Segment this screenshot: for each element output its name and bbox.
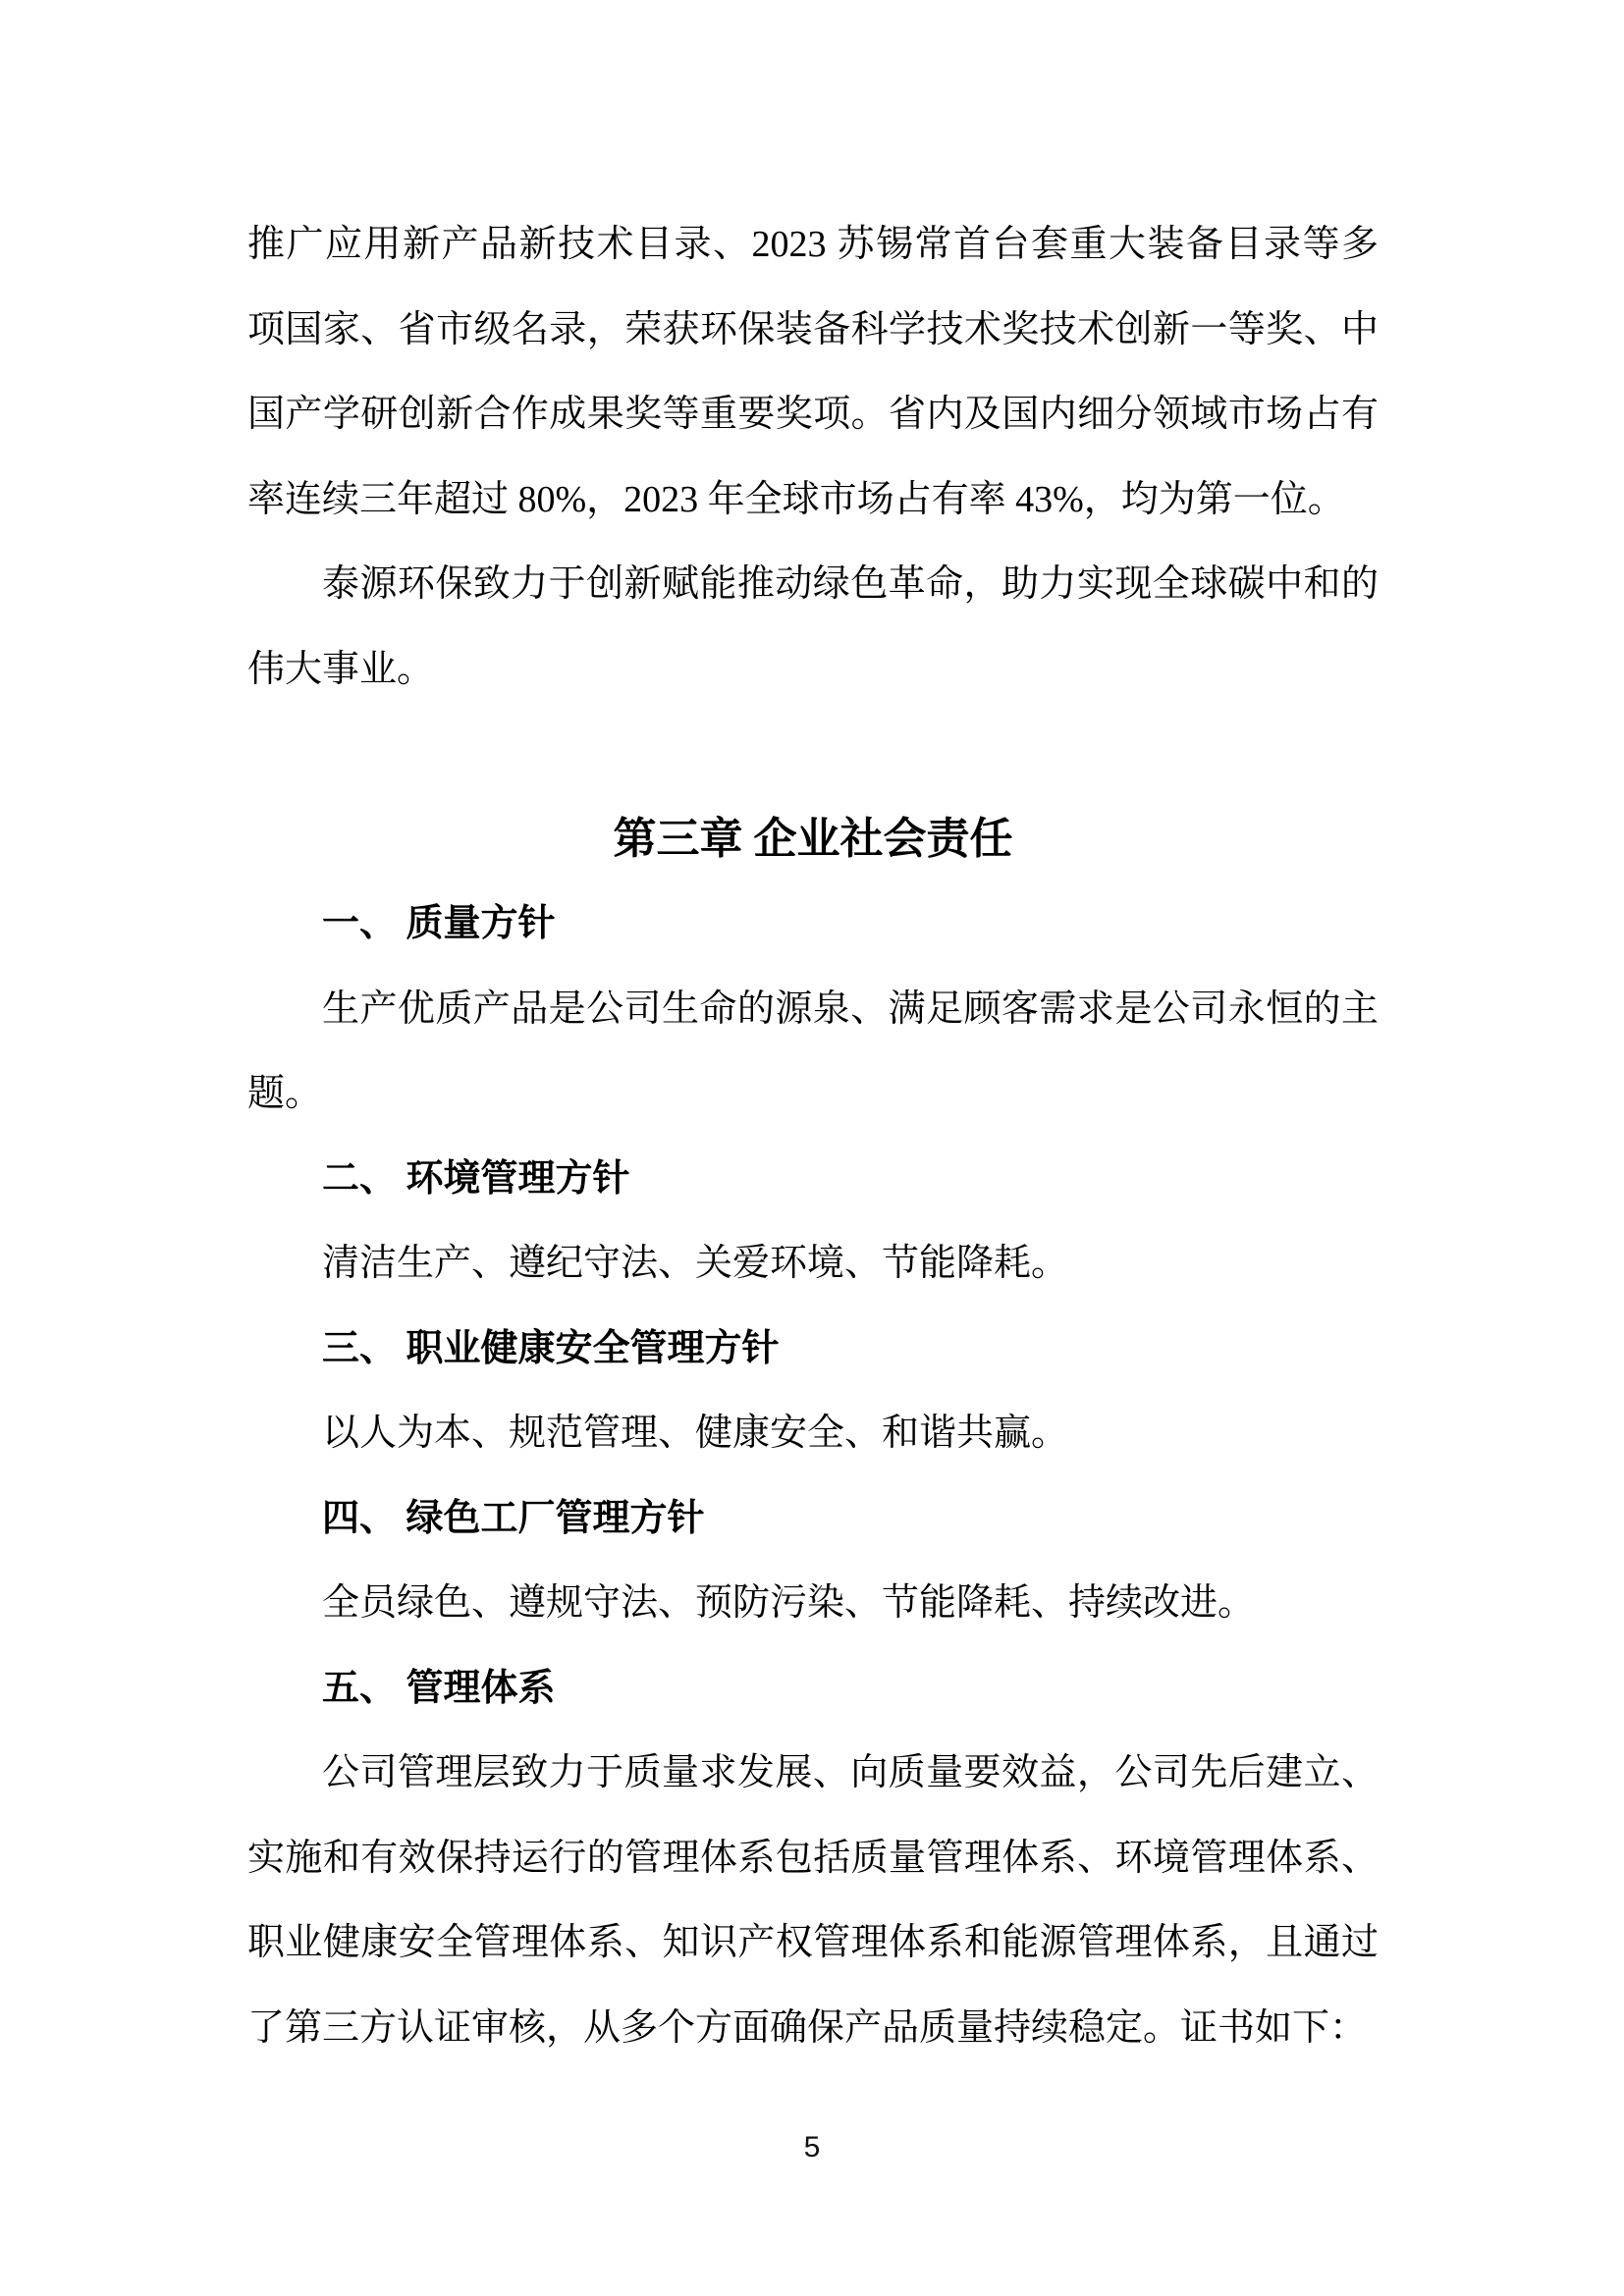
section-heading: 四、 绿色工厂管理方针	[247, 1476, 1379, 1562]
document-body: 推广应用新产品新技术目录、2023 苏锡常首台套重大装备目录等多 项国家、省市级…	[247, 0, 1379, 2070]
paragraph-line: 伟大事业。	[247, 627, 1379, 713]
paragraph-line: 实施和有效保持运行的管理体系包括质量管理体系、环境管理体系、	[247, 1816, 1379, 1901]
blank-line	[247, 712, 1379, 797]
paragraph-line: 国产学研创新合作成果奖等重要奖项。省内及国内细分领域市场占有	[247, 372, 1379, 457]
document-page: 推广应用新产品新技术目录、2023 苏锡常首台套重大装备目录等多 项国家、省市级…	[0, 0, 1624, 2296]
paragraph-line: 清洁生产、遵纪守法、关爱环境、节能降耗。	[247, 1221, 1379, 1307]
section-heading: 五、 管理体系	[247, 1646, 1379, 1732]
paragraph-line: 以人为本、规范管理、健康安全、和谐共赢。	[247, 1391, 1379, 1476]
paragraph-line: 题。	[247, 1051, 1379, 1137]
paragraph-line: 公司管理层致力于质量求发展、向质量要效益，公司先后建立、	[247, 1731, 1379, 1816]
chapter-heading: 第三章 企业社会责任	[247, 797, 1379, 882]
paragraph-line: 推广应用新产品新技术目录、2023 苏锡常首台套重大装备目录等多	[247, 202, 1379, 288]
paragraph-line: 项国家、省市级名录，荣获环保装备科学技术奖技术创新一等奖、中	[247, 288, 1379, 373]
paragraph-line: 泰源环保致力于创新赋能推动绿色革命，助力实现全球碳中和的	[247, 542, 1379, 627]
paragraph-line: 率连续三年超过 80%，2023 年全球市场占有率 43%，均为第一位。	[247, 457, 1379, 543]
page-number: 5	[804, 2131, 821, 2163]
paragraph-line: 生产优质产品是公司生命的源泉、满足顾客需求是公司永恒的主	[247, 967, 1379, 1052]
section-heading: 二、 环境管理方针	[247, 1137, 1379, 1222]
paragraph-line: 全员绿色、遵规守法、预防污染、节能降耗、持续改进。	[247, 1561, 1379, 1646]
section-heading: 一、 质量方针	[247, 881, 1379, 967]
paragraph-line: 职业健康安全管理体系、知识产权管理体系和能源管理体系，且通过	[247, 1900, 1379, 1986]
paragraph-line: 了第三方认证审核，从多个方面确保产品质量持续稳定。证书如下：	[247, 1986, 1379, 2071]
section-heading: 三、 职业健康安全管理方针	[247, 1307, 1379, 1392]
page-footer: 5	[0, 2130, 1624, 2165]
